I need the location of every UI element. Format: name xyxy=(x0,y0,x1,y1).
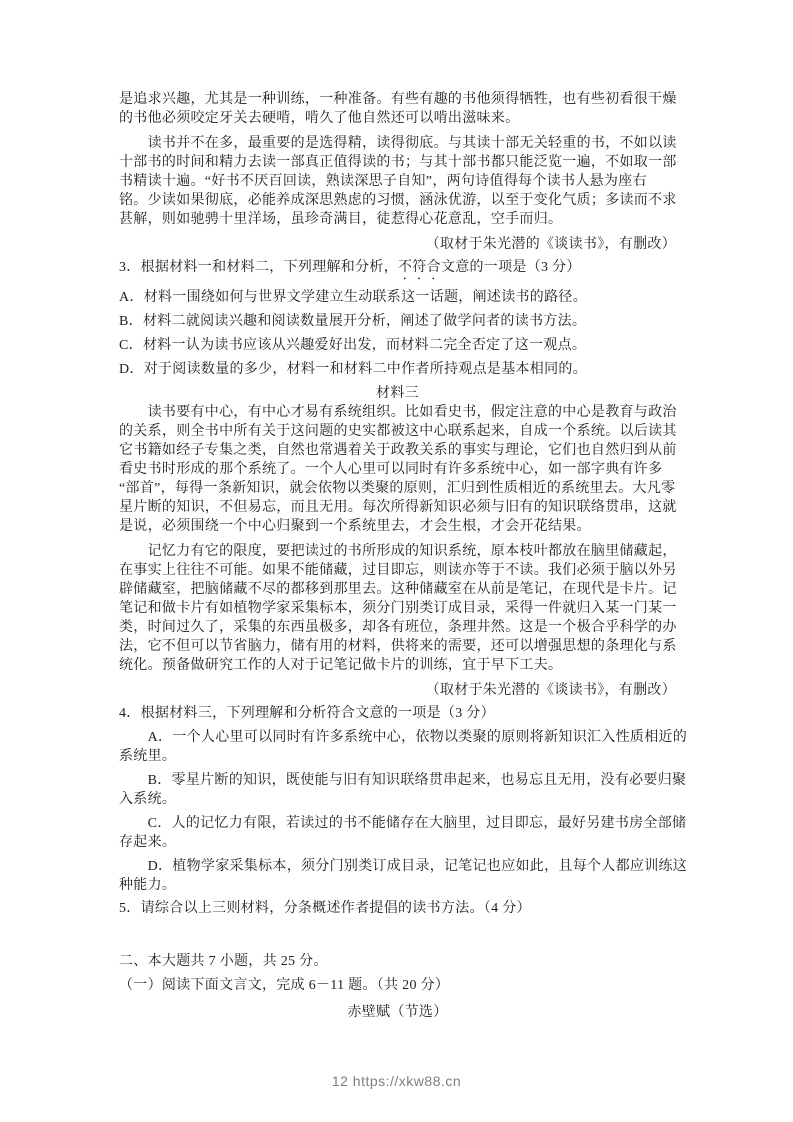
question-3-option-b: B．材料二就阅读兴趣和阅读数量展开分析，阐述了做学问者的读书方法。 xyxy=(119,312,676,331)
question-3-text-pre: 3．根据材料一和材料二，下列理解和分析， xyxy=(119,260,398,275)
page-footer: 12 https://xkw88.cn xyxy=(0,1073,793,1089)
question-4-option-c: C．人的记忆力有限，若读过的书不能储存在大脑里，过目即忘，最好另建书房全部储 存… xyxy=(119,814,676,852)
section-2-part-1-instructions: （一）阅读下面文言文，完成 6－11 题。（共 20 分） xyxy=(119,976,676,995)
page-number-and-watermark-url: 12 https://xkw88.cn xyxy=(332,1073,461,1089)
page-content: 是追求兴趣，尤其是一种训练，一种准备。有些有趣的书他须得牺牲，也有些初看很干燥 … xyxy=(119,90,676,1022)
paragraph-reading-selectively: 读书并不在多，最重要的是选得精，读得彻底。与其读十部无关轻重的书，不如以读 十部… xyxy=(119,134,676,229)
question-3: 3．根据材料一和材料二，下列理解和分析，不符合文意的一项是（3 分） xyxy=(119,258,676,283)
question-3-option-d: D．对于阅读数量的多少，材料一和材料二中作者所持观点是基本相同的。 xyxy=(119,360,676,379)
source-attribution-1: （取材于朱光潜的《谈读书》，有删改） xyxy=(119,235,676,254)
question-5: 5．请综合以上三则材料，分条概述作者提倡的读书方法。（4 分） xyxy=(119,899,676,918)
question-3-option-a: A．材料一围绕如何与世界文学建立生动联系这一话题，阐述读书的路径。 xyxy=(119,288,676,307)
paragraph-continued-from-previous-page: 是追求兴趣，尤其是一种训练，一种准备。有些有趣的书他须得牺牲，也有些初看很干燥 … xyxy=(119,90,676,128)
question-4: 4．根据材料三，下列理解和分析符合文意的一项是（3 分） xyxy=(119,704,676,723)
section-2-heading: 二、本大题共 7 小题，共 25 分。 xyxy=(119,952,676,971)
question-4-option-a: A．一个人心里可以同时有许多系统中心，依物以类聚的原则将新知识汇入性质相近的 系… xyxy=(119,728,676,766)
paragraph-material3-memory: 记忆力有它的限度，要把读过的书所形成的知识系统，原本枝叶都放在脑里储藏起， 在事… xyxy=(119,542,676,675)
question-3-text-post: 文意的一项是（3 分） xyxy=(441,260,581,275)
chibifu-title: 赤壁赋（节选） xyxy=(119,1003,676,1022)
source-attribution-2: （取材于朱光潜的《谈读书》，有删改） xyxy=(119,681,676,700)
question-4-option-d: D．植物学家采集标本，须分门别类订成目录，记笔记也应如此，且每个人都应训练这 种… xyxy=(119,857,676,895)
question-4-option-b: B．零星片断的知识，既使能与旧有知识联络贯串起来，也易忘且无用，没有必要归聚 入… xyxy=(119,771,676,809)
question-3-option-c: C．材料一认为读书应该从兴趣爱好出发，而材料二完全否定了这一观点。 xyxy=(119,336,676,355)
material-3-heading: 材料三 xyxy=(119,384,676,403)
paragraph-material3-systems: 读书要有中心，有中心才易有系统组织。比如看史书，假定注意的中心是教育与政治 的关… xyxy=(119,403,676,536)
question-3-emphasized-text: 不符合 xyxy=(398,260,441,275)
exam-paper-page: 是追求兴趣，尤其是一种训练，一种准备。有些有趣的书他须得牺牲，也有些初看很干燥 … xyxy=(0,0,793,1122)
